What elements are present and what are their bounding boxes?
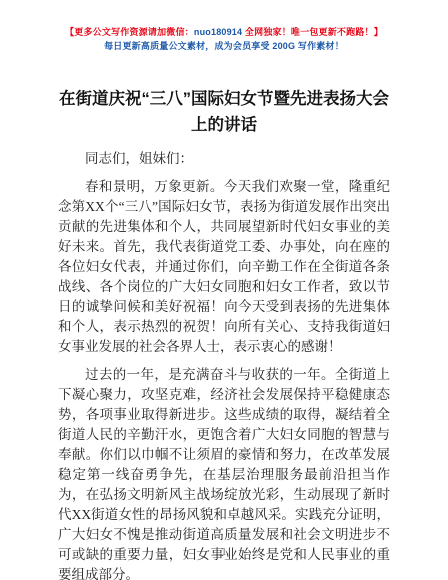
promo-wechat-account: nuo180914: [194, 27, 242, 37]
document-page: 【更多公文写作资源请加微信：nuo180914 全网独家！唯一包更新不跑路！】 …: [0, 0, 448, 580]
promo-banner-line1: 【更多公文写作资源请加微信：nuo180914 全网独家！唯一包更新不跑路！】: [0, 25, 448, 39]
promo-banner-line2: 每日更新高质量公文素材，成为会员享受 200G 写作素材！: [0, 39, 448, 53]
document-body: 同志们，姐妹们： 春和景明，万象更新。今天我们欢聚一堂，隆重纪念第XX个“三八”…: [58, 149, 390, 580]
paragraph-salutation: 同志们，姐妹们：: [58, 149, 390, 169]
document-title: 在街道庆祝“三八”国际妇女节暨先进表扬大会上的讲话: [54, 86, 394, 138]
paragraph: 春和景明，万象更新。今天我们欢聚一堂，隆重纪念第XX个“三八”国际妇女节，表扬为…: [58, 177, 390, 357]
promo-banner-line1-prefix: 【更多公文写作资源请加微信：: [65, 27, 194, 37]
promo-banner: 【更多公文写作资源请加微信：nuo180914 全网独家！唯一包更新不跑路！】 …: [0, 0, 448, 53]
promo-banner-line1-suffix: 全网独家！唯一包更新不跑路！】: [242, 27, 383, 37]
page-number: 1: [0, 546, 448, 558]
